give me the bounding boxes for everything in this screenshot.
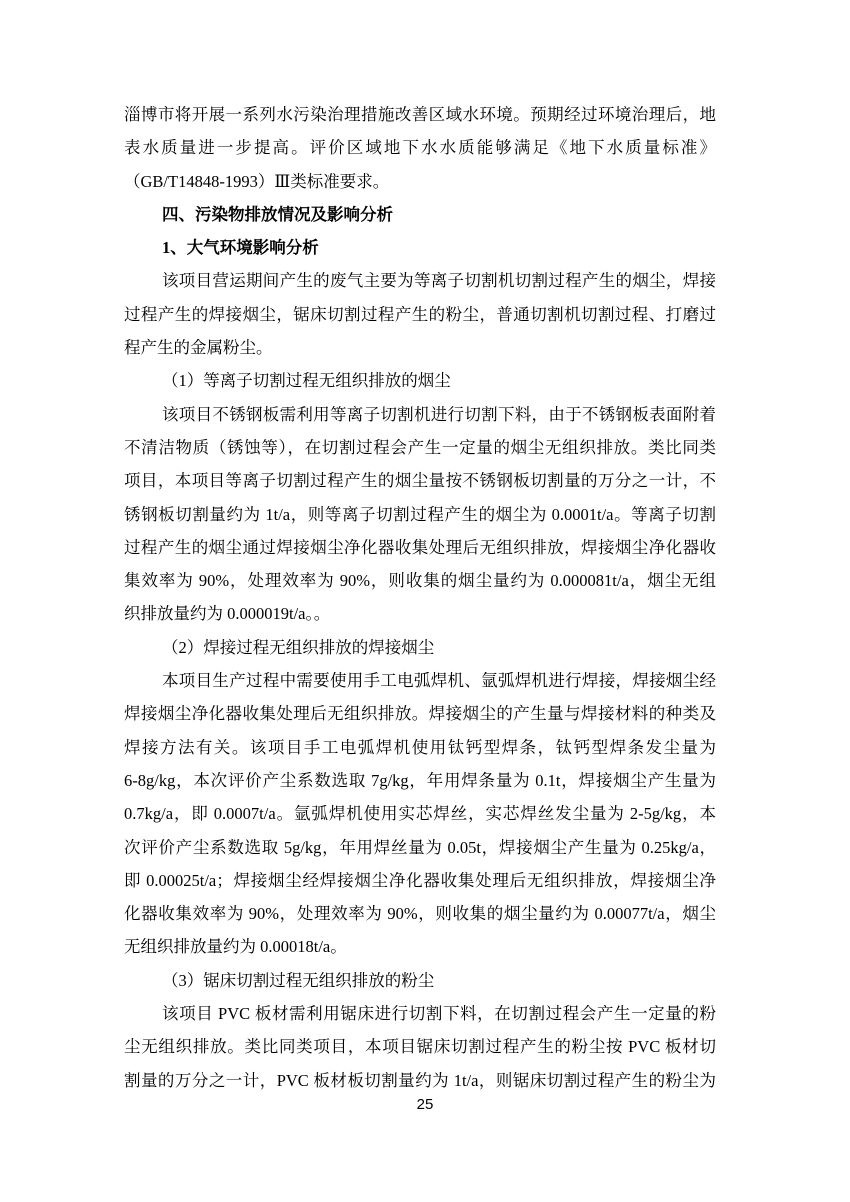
doc-line: 6-8g/kg，本次评价产尘系数选取 7g/kg，年用焊条量为 0.1t，焊接烟… xyxy=(124,764,716,797)
doc-line: 化器收集效率为 90%，处理效率为 90%，则收集的烟尘量约为 0.00077t… xyxy=(124,897,716,930)
item-heading-1: （1）等离子切割过程无组织排放的烟尘 xyxy=(124,364,716,397)
doc-line: 表水质量进一步提高。评价区域地下水水质能够满足《地下水质量标准》 xyxy=(124,131,716,164)
doc-line: 项目，本项目等离子切割过程产生的烟尘量按不锈钢板切割量的万分之一计，不 xyxy=(124,464,716,497)
page-number: 25 xyxy=(0,1096,850,1113)
doc-line: （GB/T14848-1993）Ⅲ类标准要求。 xyxy=(124,165,716,198)
doc-line: 次评价产尘系数选取 5g/kg，年用焊丝量为 0.05t，焊接烟尘产生量为 0.… xyxy=(124,831,716,864)
doc-line: 焊接方法有关。该项目手工电弧焊机使用钛钙型焊条，钛钙型焊条发尘量为 xyxy=(124,731,716,764)
doc-line: 该项目 PVC 板材需利用锯床进行切割下料，在切割过程会产生一定量的粉 xyxy=(124,997,716,1030)
doc-line: 程产生的金属粉尘。 xyxy=(124,331,716,364)
item-heading-3: （3）锯床切割过程无组织排放的粉尘 xyxy=(124,964,716,997)
doc-line: 淄博市将开展一系列水污染治理措施改善区域水环境。预期经过环境治理后，地 xyxy=(124,98,716,131)
doc-line: 织排放量约为 0.000019t/a。。 xyxy=(124,597,716,630)
doc-line: 不清洁物质（锈蚀等），在切割过程会产生一定量的烟尘无组织排放。类比同类 xyxy=(124,431,716,464)
doc-line: 过程产生的焊接烟尘，锯床切割过程产生的粉尘，普通切割机切割过程、打磨过 xyxy=(124,298,716,331)
item-heading-2: （2）焊接过程无组织排放的焊接烟尘 xyxy=(124,631,716,664)
doc-line: 集效率为 90%，处理效率为 90%，则收集的烟尘量约为 0.000081t/a… xyxy=(124,564,716,597)
doc-line: 过程产生的烟尘通过焊接烟尘净化器收集处理后无组织排放，焊接烟尘净化器收 xyxy=(124,531,716,564)
doc-line: 该项目营运期间产生的废气主要为等离子切割机切割过程产生的烟尘，焊接 xyxy=(124,264,716,297)
document-text-block: 淄博市将开展一系列水污染治理措施改善区域水环境。预期经过环境治理后，地 表水质量… xyxy=(124,98,716,1097)
doc-line: 该项目不锈钢板需利用等离子切割机进行切割下料，由于不锈钢板表面附着 xyxy=(124,398,716,431)
document-page: 淄博市将开展一系列水污染治理措施改善区域水环境。预期经过环境治理后，地 表水质量… xyxy=(0,0,850,1202)
subsection-heading: 1、大气环境影响分析 xyxy=(124,231,716,264)
doc-line: 焊接烟尘净化器收集处理后无组织排放。焊接烟尘的产生量与焊接材料的种类及 xyxy=(124,697,716,730)
doc-line: 0.7kg/a，即 0.0007t/a。氩弧焊机使用实芯焊丝，实芯焊丝发尘量为 … xyxy=(124,797,716,830)
doc-line: 锈钢板切割量约为 1t/a，则等离子切割过程产生的烟尘为 0.0001t/a。等… xyxy=(124,498,716,531)
doc-line: 尘无组织排放。类比同类项目，本项目锯床切割过程产生的粉尘按 PVC 板材切 xyxy=(124,1030,716,1063)
doc-line: 割量的万分之一计，PVC 板材板切割量约为 1t/a，则锯床切割过程产生的粉尘为 xyxy=(124,1064,716,1097)
section-heading: 四、污染物排放情况及影响分析 xyxy=(124,198,716,231)
doc-line: 即 0.00025t/a；焊接烟尘经焊接烟尘净化器收集处理后无组织排放，焊接烟尘… xyxy=(124,864,716,897)
doc-line: 本项目生产过程中需要使用手工电弧焊机、氩弧焊机进行焊接，焊接烟尘经 xyxy=(124,664,716,697)
doc-line: 无组织排放量约为 0.00018t/a。 xyxy=(124,930,716,963)
